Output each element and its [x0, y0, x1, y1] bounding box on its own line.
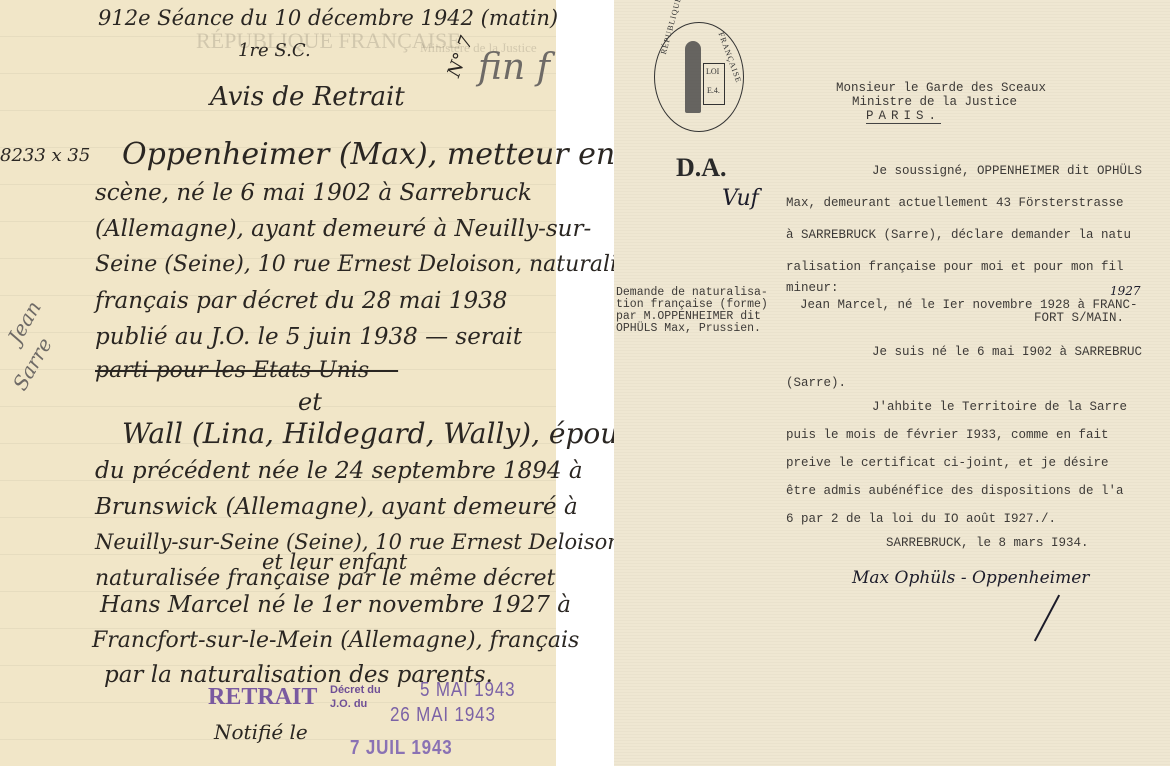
body-p3-l4: être admis aubénéfice des dispositions d…	[786, 485, 1124, 498]
body-p3-l5: 6 par 2 de la loi du IO août I927./.	[786, 513, 1056, 526]
body-line: (Allemagne), ayant demeuré à Neuilly-sur…	[95, 218, 591, 241]
body-line: Seine (Seine), 10 rue Ernest Deloison, n…	[95, 254, 641, 276]
place-date: SARREBRUCK, le 8 mars I934.	[886, 537, 1089, 550]
handwritten-retrait-notice: RÉPUBLIQUE FRANÇAISE Ministère de la Jus…	[0, 0, 556, 766]
body-p1-l7: FORT S/MAIN.	[1034, 312, 1124, 325]
body-p1-l2: Max, demeurant actuellement 43 Försterst…	[786, 197, 1124, 210]
side-note-l4: OPHÜLS Max, Prussien.	[616, 323, 761, 335]
body-p3-l2: puis le mois de février I933, comme en f…	[786, 429, 1109, 442]
addressee-line-1: Monsieur le Garde des Sceaux	[836, 82, 1046, 95]
session-line: 912e Séance du 10 décembre 1942 (matin)	[98, 8, 558, 29]
side-note-l2: tion française (forme)	[616, 299, 768, 311]
section-label: 1re S.C.	[238, 42, 311, 60]
body-p3-l1: J'ahbite le Territoire de la Sarre	[872, 401, 1127, 414]
body-line: français par décret du 28 mai 1938	[95, 290, 507, 313]
body-p1-l1: Je soussigné, OPPENHEIMER dit OPHÜLS	[872, 165, 1142, 178]
body-line: Wall (Lina, Hildegard, Wally), épouse	[122, 420, 649, 448]
body-p1-l4: ralisation française pour moi et pour mo…	[786, 261, 1124, 274]
body-line-et: et	[298, 390, 322, 414]
addressee-line-2: Ministre de la Justice	[852, 96, 1017, 109]
signature: Max Ophüls - Oppenheimer	[852, 568, 1089, 588]
stamp-notified-date: 7 JUIL 1943	[350, 738, 453, 758]
body-line: Francfort-sur-le-Mein (Allemagne), franç…	[92, 630, 579, 652]
body-p1-l6: Jean Marcel, né le Ier novembre 1928 à F…	[800, 299, 1138, 312]
body-p3-l3: preive le certificat ci-joint, et je dés…	[786, 457, 1109, 470]
body-p1-l5: mineur:	[786, 282, 839, 295]
side-note-l3: par M.OPPENHEIMER dit	[616, 311, 761, 323]
body-line: du précédent née le 24 septembre 1894 à	[95, 460, 583, 483]
retrait-stamp: RETRAIT	[208, 685, 317, 709]
body-p2-l2: (Sarre).	[786, 377, 846, 390]
dossier-ref: 8233 x 35	[0, 147, 90, 165]
seal-figure	[685, 41, 701, 113]
margin-initials: fin f	[478, 50, 550, 86]
stamp-jo-label: J.O. du	[330, 698, 367, 711]
body-line-struck: parti pour les Etats Unis —	[95, 360, 398, 382]
body-line: publié au J.O. le 5 juin 1938 — serait	[95, 326, 522, 349]
typewritten-naturalisation-request: RÉPUBLIQUE FRANÇAISE LOI E.4. Monsieur l…	[614, 0, 1170, 766]
signature-flourish	[1034, 595, 1060, 642]
notified-label: Notifié le	[214, 722, 308, 742]
body-line: scène, né le 6 mai 1902 à Sarrebruck	[95, 182, 532, 205]
stamp-jo-date: 26 MAI 1943	[390, 705, 496, 725]
body-line: Oppenheimer (Max), metteur en	[122, 140, 615, 170]
year-correction: 1927	[1110, 284, 1141, 298]
stamp-decret-date: 5 MAI 1943	[420, 680, 515, 700]
document-title: Avis de Retrait	[210, 84, 405, 110]
da-initials: Vuf	[722, 186, 759, 211]
body-line-enfant: et leur enfant	[262, 552, 407, 573]
addressee-line-3: PARIS.	[866, 110, 941, 124]
republique-francaise-seal-icon: RÉPUBLIQUE FRANÇAISE LOI E.4.	[654, 22, 744, 132]
da-code: D.A.	[676, 153, 727, 183]
body-p1-l3: à SARREBRUCK (Sarre), déclare demander l…	[786, 229, 1131, 242]
seal-tablet: LOI E.4.	[703, 63, 725, 105]
body-p2-l1: Je suis né le 6 mai I902 à SARREBRUC	[872, 346, 1142, 359]
body-line: Hans Marcel né le 1er novembre 1927 à	[100, 594, 571, 617]
body-line: Brunswick (Allemagne), ayant demeuré à	[95, 496, 578, 519]
side-note-l1: Demande de naturalisa-	[616, 287, 768, 299]
stamp-decret-label: Décret du	[330, 684, 381, 697]
